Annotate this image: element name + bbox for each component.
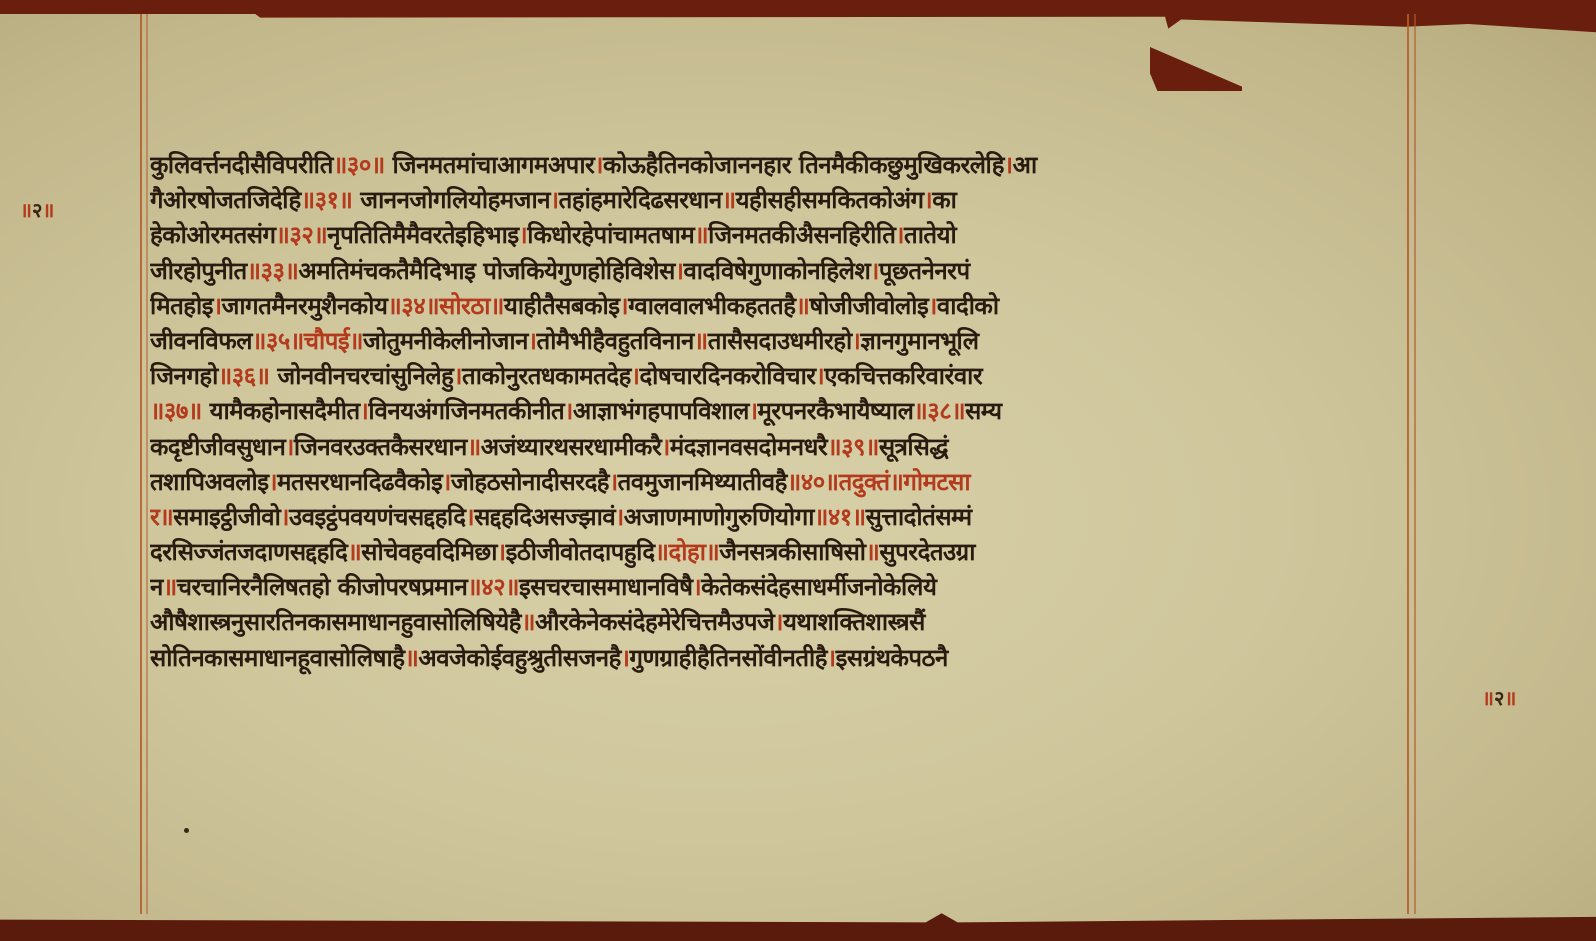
rubric-text: । (213, 292, 222, 320)
rubric-text: । (816, 362, 825, 390)
rubric-text: । (269, 468, 278, 496)
rubric-text: ॥ (467, 433, 481, 461)
rubric-text: ॥ (866, 538, 880, 566)
rubric-text: । (528, 327, 537, 355)
rubric-text: ॥ (694, 221, 708, 249)
body-text: सोचेवहवदिमिछा (361, 538, 497, 566)
body-text: जिनमतकीअैसनहिरीति (708, 221, 895, 249)
rubric-text: र (150, 503, 159, 531)
rubric-text: । (609, 468, 618, 496)
text-line: जीवनविफल॥३५॥चौपई॥जोतुमनीकेलीनोजान।तोमैभी… (150, 324, 1412, 359)
body-text: तशापिअवलोइ (150, 468, 269, 496)
body-text: पूछतनेनरपं (879, 257, 970, 285)
right-margin-rule-inner (1414, 14, 1416, 914)
body-text: ताकोनुरतधकामतदेह (462, 362, 631, 390)
rubric-text: ॥३०॥ (333, 151, 385, 179)
body-text: जाननजोगलियोहमजान (352, 186, 550, 214)
body-text: इठीजीवोतदापहुदि (506, 538, 655, 566)
rubric-text: । (280, 503, 289, 531)
body-text: नृपतितिमैमैवरतेइहिभाइ (327, 221, 518, 249)
rubric-text: ॥ (163, 573, 177, 601)
rubric-text: ॥ (655, 538, 669, 566)
rubric-text: ॥३२॥ (276, 221, 328, 249)
text-line: न॥चरचानिरनैलिषतहो कीजोपरषप्रमान॥४२॥इसचरच… (150, 570, 1412, 605)
ink-spot (184, 828, 189, 833)
body-text: कुलिवर्त्तनदीसैविपरीति (150, 151, 333, 179)
body-text: अजंथ्यारथसरधामीकरै (481, 433, 662, 461)
body-text: यहीसहीसमकितकोअंग (736, 186, 924, 214)
text-line: ॥३७॥ यामैकहोनासदैमीत।विनयअंगजिनमतकीनीत।आ… (150, 394, 1412, 429)
body-text: सुत्तादोतंसम्मं (866, 503, 972, 531)
text-line: सोतिनकासमाधानहूवासोलिषाहै॥अवजेकोईवहुश्रु… (150, 641, 1412, 676)
rubric-text: ॥ (159, 503, 173, 531)
body-text: इसग्रंथकेपठनै (836, 644, 948, 672)
rubric-text: सोरठा (439, 292, 490, 320)
text-line: गैओरषोजतजिदेहि॥३१॥ जाननजोगलियोहमजान।तहां… (150, 183, 1412, 218)
rubric-text: । (620, 292, 629, 320)
rubric-text: । (661, 433, 670, 461)
rubric-text: ॥३८॥ (913, 397, 965, 425)
body-text: जैनसत्रकीसाषिसो (719, 538, 865, 566)
body-text: सोतिनकासमाधानहूवासोलिषाहै (150, 644, 404, 672)
rubric-text: चौपई (304, 327, 349, 355)
body-text: जिनवरउक्तकैसरधान (294, 433, 467, 461)
body-text: गुणग्राहीहैतिनसोंवीनतीहै (629, 644, 827, 672)
rubric-text: ॥३६॥ (218, 362, 270, 390)
rubric-text: । (749, 397, 758, 425)
body-text: यथाशक्तिशास्त्रसैं (783, 608, 925, 636)
rubric-text: । (895, 221, 904, 249)
body-text: वादविषेगुणाकोनहिलेश (683, 257, 870, 285)
body-text: सम्य (965, 397, 1001, 425)
rubric-text: । (564, 397, 573, 425)
rubric-text: ॥ (490, 292, 504, 320)
body-text: षोजीजीवोलोइ (809, 292, 928, 320)
rubric-text: ॥४२॥ (467, 573, 519, 601)
text-line: औषैशास्त्रनुसारतिनकासमाधानहुवासोलिषियेहै… (150, 605, 1412, 640)
body-text: सूत्रसिद्धं (879, 433, 948, 461)
left-margin-rule (140, 14, 142, 914)
text-line: हेकोओरमतसंग॥३२॥नृपतितिमैमैवरतेइहिभाइ।किध… (150, 218, 1412, 253)
body-text: विनयअंगजिनमतकीनीत (368, 397, 564, 425)
body-text: तोमैभीहैवहुतविनान (537, 327, 694, 355)
rubric-text: ॥ (694, 327, 708, 355)
body-text: हेकोओरमतसंग (150, 221, 276, 249)
body-text: जीरहोपुनीत (150, 257, 247, 285)
body-text: उवइट्ठंपवयणंचसद्दहदि (289, 503, 466, 531)
body-text: जोनवीनचरचांसुनिलेहु (270, 362, 454, 390)
text-line: कुलिवर्त्तनदीसैविपरीति॥३०॥ जिनमतमांचाआगम… (150, 148, 1412, 183)
text-line: र॥समाइट्ठीजीवो।उवइट्ठंपवयणंचसद्दहदि।सद्द… (150, 500, 1412, 535)
body-text: कदृष्टीजीवसुधान (150, 433, 285, 461)
rubric-text: । (1004, 151, 1013, 179)
rubric-text: । (924, 186, 933, 214)
body-text: अवजेकोईवहुश्रुतीसजनहै (418, 644, 621, 672)
body-text: तहांहमारेदिढसरधान (559, 186, 722, 214)
rubric-text: तदुक्तं (839, 468, 890, 496)
rubric-text: । (453, 362, 462, 390)
rubric-text: ॥३१॥ (301, 186, 353, 214)
rubric-text: । (827, 644, 836, 672)
body-text: चरचानिरनैलिषतहो कीजोपरषप्रमान (177, 573, 468, 601)
body-text: अमतिमंचकतैमैदिभाइ पोजकियेगुणहोहिविशेस (298, 257, 674, 285)
body-text: मतसरधानदिढवैकोइ (277, 468, 442, 496)
rubric-text: । (466, 503, 475, 531)
rubric-text: । (497, 538, 506, 566)
body-text: ग्वालवालभीकहततहै (628, 292, 795, 320)
rubric-text: गोमटसा (903, 468, 970, 496)
body-text: सुपरदेतउग्रा (879, 538, 975, 566)
rubric-text: ॥३५॥ (252, 327, 304, 355)
body-text: मंदज्ञानवसदोमनधरै (670, 433, 827, 461)
body-text: आज्ञाभंगहपापविशाल (573, 397, 749, 425)
rubric-text: । (928, 292, 937, 320)
body-text: यामैकहोनासदैमीत (202, 397, 360, 425)
folio-number-right: ॥२॥ (1482, 684, 1516, 711)
body-text: औरकेनेकसंदेहमेरेचित्तमैउपजे (535, 608, 774, 636)
body-text: ज्ञानगुमानभूलि (860, 327, 978, 355)
body-text: जिनगहो (150, 362, 218, 390)
body-text: एकचित्तकरिवारंवार (824, 362, 982, 390)
rubric-text: ॥४०॥ (787, 468, 839, 496)
text-line: कदृष्टीजीवसुधान।जिनवरउक्तकैसरधान॥अजंथ्या… (150, 430, 1412, 465)
folio-number-left: ॥२॥ (20, 196, 54, 223)
rubric-text: ॥ (705, 538, 719, 566)
rubric-text: । (442, 468, 451, 496)
rubric-text: ॥ (722, 186, 736, 214)
text-line: तशापिअवलोइ।मतसरधानदिढवैकोइ।जोहठसोनादीसरद… (150, 465, 1412, 500)
rubric-text: ॥३७॥ (150, 397, 202, 425)
body-text: इसचरचासमाधानविषै (519, 573, 693, 601)
body-text: तासैसदाउधमीरहो (708, 327, 852, 355)
left-margin-rule-inner (146, 14, 148, 914)
body-text: जोहठसोनादीसरदहै (451, 468, 609, 496)
rubric-text: । (693, 573, 702, 601)
rubric-text: दोहा (668, 538, 705, 566)
body-text: कोऊहैतिनकोजाननहार तिनमैकीकछुमुखिकरलेहि (603, 151, 1004, 179)
body-text: तवमुजानमिथ्यातीवहै (618, 468, 787, 496)
body-text: समाइट्ठीजीवो (173, 503, 280, 531)
rubric-text: । (594, 151, 603, 179)
body-text: जोतुमनीकेलीनोजान (363, 327, 528, 355)
rubric-text: । (615, 503, 624, 531)
rubric-text: । (519, 221, 528, 249)
rubric-text: ॥४१॥ (814, 503, 866, 531)
rubric-text: । (550, 186, 559, 214)
rubric-text: ॥ (521, 608, 535, 636)
body-text: दरसिज्जंतजदाणसद्दहदि (150, 538, 347, 566)
body-text: वादीको (937, 292, 999, 320)
body-text: तातेयो (904, 221, 956, 249)
body-text: केतेकसंदेहसाधर्मीजनोकेलिये (701, 573, 936, 601)
text-line: जिनगहो॥३६॥ जोनवीनचरचांसुनिलेहु।ताकोनुरतध… (150, 359, 1412, 394)
body-text: सद्दहदिअसज्झावं (474, 503, 615, 531)
text-line: जीरहोपुनीत॥३३॥अमतिमंचकतैमैदिभाइ पोजकियेग… (150, 254, 1412, 289)
body-text: अजाणमाणोगुरुणियोगा (624, 503, 814, 531)
rubric-text: । (774, 608, 783, 636)
body-text: औषैशास्त्रनुसारतिनकासमाधानहुवासोलिषियेहै (150, 608, 521, 636)
body-text: मितहोइ (150, 292, 213, 320)
body-text: न (150, 573, 163, 601)
rubric-text: ॥ (795, 292, 809, 320)
body-text: मूरपनरकैभायैष्याल (758, 397, 914, 425)
rubric-text: ॥ (349, 327, 363, 355)
text-line: मितहोइ।जागतमैनरमुशैनकोय॥३४॥सोरठा॥याहीतैस… (150, 289, 1412, 324)
rubric-text: ॥ (404, 644, 418, 672)
text-line: दरसिज्जंतजदाणसद्दहदि॥सोचेवहवदिमिछा।इठीजी… (150, 535, 1412, 570)
body-text: का (932, 186, 956, 214)
rubric-text: । (285, 433, 294, 461)
rubric-text: ॥३४॥ (387, 292, 439, 320)
body-text: आ (1013, 151, 1037, 179)
manuscript-text: कुलिवर्त्तनदीसैविपरीति॥३०॥ जिनमतमांचाआगम… (150, 148, 1412, 676)
rubric-text: ॥३९॥ (827, 433, 879, 461)
body-text: याहीतैसबकोइ (504, 292, 620, 320)
body-text: जागतमैनरमुशैनकोय (222, 292, 388, 320)
body-text: दोषचारदिनकरोविचार (639, 362, 815, 390)
body-text: गैओरषोजतजिदेहि (150, 186, 301, 214)
rubric-text: ॥ (890, 468, 904, 496)
rubric-text: ॥ (347, 538, 361, 566)
body-text: जिनमतमांचाआगमअपार (385, 151, 595, 179)
body-text: किधोरहेपांचामतषाम (527, 221, 694, 249)
rubric-text: । (870, 257, 879, 285)
body-text: जीवनविफल (150, 327, 252, 355)
rubric-text: ॥३३॥ (247, 257, 299, 285)
